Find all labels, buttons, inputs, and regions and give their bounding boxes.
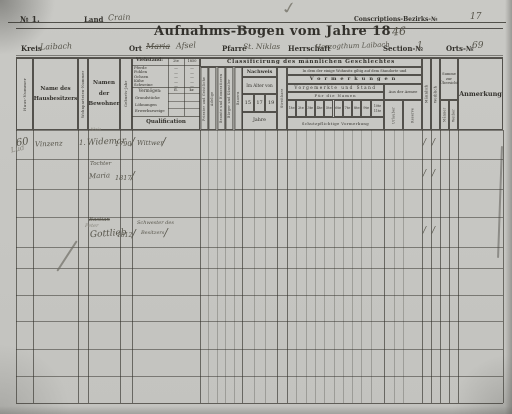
- nachweis-age: 19: [265, 94, 277, 112]
- nachweis-line: Im Alter von: [242, 77, 277, 94]
- resident3-birthyear-handwriting: 1812: [117, 233, 132, 240]
- vormerk-line2: Vormerkungen: [287, 75, 422, 84]
- column-header-wohnpartei: Wohnparteien-Nummer: [78, 58, 88, 130]
- vormerk-line3: Vorgemerkte und Stand: [287, 84, 384, 92]
- summe-box: Summe zur Übersicht: [440, 58, 458, 100]
- nachweis-label: Nachweis: [242, 67, 277, 77]
- section-value-handwriting: 1: [417, 42, 423, 52]
- vormerk-cell: 1te: [287, 100, 296, 117]
- tally-mark: /: [432, 227, 435, 237]
- qualification-header: Qualification: [132, 116, 200, 130]
- resident2-relation-handwriting: Tochter: [90, 161, 111, 167]
- vormerk-line4: Für die Namen: [287, 92, 384, 100]
- ort-struck-handwriting: Maria: [146, 43, 170, 52]
- vermoegen-row-label: Grundstücke: [135, 96, 160, 100]
- resident1-birthyear-handwriting: 1790: [115, 141, 132, 148]
- tally-mark: /: [432, 170, 435, 180]
- vormerk-cell: 7te: [343, 100, 352, 117]
- resident2-name-handwriting: Maria: [89, 172, 110, 181]
- wohnpartei-handwriting: 1.: [79, 140, 86, 148]
- kreis-label: Kreis: [21, 45, 42, 53]
- tally-mark: /: [164, 227, 168, 239]
- tally-mark: /: [131, 136, 135, 148]
- nachweis-age: 15: [242, 94, 254, 112]
- vormerk-line1: In dem der einige Wohnsitz giltig auf de…: [287, 67, 422, 75]
- tally-mark: /: [423, 139, 426, 149]
- column-header-geburtsjahr: Geburts-Jahr: [120, 58, 132, 130]
- form-title-year-handwriting: 46: [392, 26, 407, 39]
- column-header-hausbesitzer: Name des Hausbesitzers: [33, 58, 78, 130]
- vormerk-cell: 6te: [334, 100, 343, 117]
- tally-mark: /: [162, 136, 166, 148]
- vormerk-cell: 2te: [296, 100, 305, 117]
- resident1-qualification-handwriting: Wittwer: [137, 140, 163, 147]
- column-maennlich: Männlich: [422, 58, 431, 130]
- classification-title: Classificirung des männlichen Geschlecht…: [200, 58, 422, 67]
- tally-mark: /: [423, 170, 426, 180]
- class-group-col: Bauern: [234, 67, 242, 130]
- column-weiblich: Weiblich: [431, 58, 440, 130]
- form-title-row: Aufnahms-Bogen vom Jahre 18 46: [140, 25, 420, 42]
- armee-col: Urlauber: [384, 100, 403, 130]
- vormerk-cell: 8te: [352, 100, 361, 117]
- class-group-col: Bürger und Künstler: [225, 67, 233, 130]
- orts-no-value-handwriting: 69: [472, 42, 483, 52]
- resident3-qualification-line2: Besitzers: [141, 231, 164, 237]
- summe-maenner-col: Männer: [440, 100, 449, 130]
- house-number-pencil: Lud: [10, 145, 25, 156]
- owner-name-handwriting: Vinzenz: [35, 141, 63, 150]
- pencil-stroke: [56, 240, 77, 271]
- census-form-scan: № 1. Land Crain Conscriptions-Bezirks-№ …: [0, 0, 512, 414]
- check-mark-pencil-icon: ✓: [279, 0, 299, 18]
- florin-header: fl.: [168, 87, 184, 93]
- vormerk-cell: 10te 11te: [371, 100, 384, 117]
- page-edge-shadow: [505, 0, 512, 414]
- resident3-pencil-note: Peter: [85, 224, 98, 230]
- resident1-pencil-note: Alois: [90, 129, 101, 134]
- column-header-bewohner: Namen der Bewohner: [88, 58, 120, 130]
- column-header-haus-nummer: Haus-Nummer: [16, 58, 33, 130]
- orts-no-label: Orts-№: [446, 45, 473, 53]
- nachweis-age: 17: [254, 94, 266, 112]
- vormerk-caption: Schutzpflichtige Vormerkung: [287, 117, 384, 130]
- herrschaft-value-handwriting: Herzogthum Laibach: [315, 42, 390, 52]
- tally-mark: /: [132, 228, 136, 240]
- vormerk-cell: 9te: [361, 100, 371, 117]
- armee-col: Reserve: [403, 100, 422, 130]
- kreis-value-handwriting: Laibach: [40, 42, 72, 52]
- tally-mark: /: [131, 170, 135, 182]
- class-group-col: Adelige: [208, 67, 216, 130]
- form-title: Aufnahms-Bogen vom Jahre 18: [154, 25, 391, 39]
- tally-mark: /: [432, 139, 435, 149]
- vermoegen-title: Vermögen:: [132, 88, 168, 94]
- vormerk-cell: 3te: [306, 100, 315, 117]
- column-anmerkung: Anmerkung: [458, 58, 503, 130]
- pfarre-value-handwriting: St. Niklas: [243, 43, 280, 51]
- resident3-qualification-line1: Schwester des: [137, 221, 174, 227]
- class-group-col: Beamte und Honoratioren: [217, 67, 225, 130]
- vormerk-cell: 5te: [324, 100, 333, 117]
- bottom-edge-shadow: [0, 406, 512, 414]
- vermoegen-row-label: Löhnungen: [135, 103, 157, 107]
- nachweis-unit: Jahre: [242, 112, 277, 130]
- vormerk-cell: 4te: [315, 100, 324, 117]
- kreuzer-header: kr.: [184, 87, 200, 93]
- viehstand-title: Viehstand:: [136, 59, 163, 64]
- summe-weiber-col: Weiber: [449, 100, 458, 130]
- streitbare-col: Streitbare: [277, 67, 287, 130]
- ort-label: Ort: [129, 45, 142, 53]
- ort-value-handwriting: Afsel: [176, 41, 196, 51]
- armee-box: Aus der Armee: [384, 84, 422, 100]
- vermoegen-row-label: Erwerbszweige: [135, 109, 165, 113]
- tally-mark: /: [423, 227, 426, 237]
